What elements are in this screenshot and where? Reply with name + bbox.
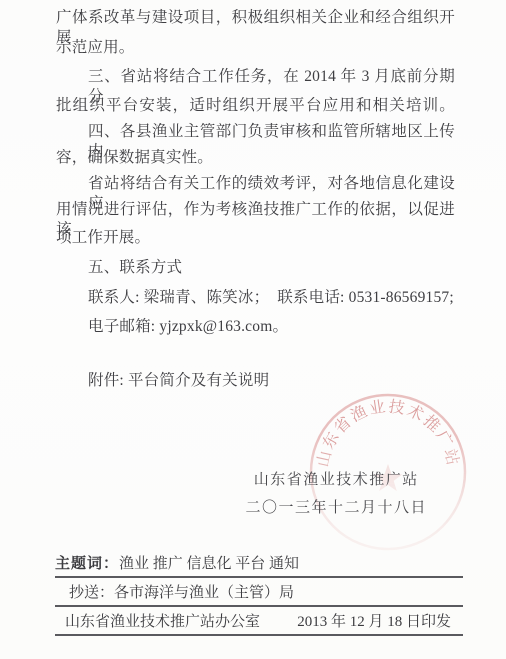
cc-row: 抄送：各市海洋与渔业（主管）局 xyxy=(55,578,463,607)
body-line: 批组织平台安装，适时组织开展平台应用和相关培训。 xyxy=(56,96,455,116)
keywords-label: 主题词： xyxy=(55,556,119,572)
print-date: 2013 年 12 月 18 日印发 xyxy=(297,607,451,634)
signature-date: 二〇一三年十二月十八日 xyxy=(245,494,427,522)
body-line: 项工作开展。 xyxy=(56,228,455,248)
email-line: 电子邮箱: yjzpxk@163.com。 xyxy=(88,317,455,337)
signature-org: 山东省渔业技术推广站 xyxy=(245,466,427,494)
seal-arc-text: 山东省渔业技术推广站 xyxy=(314,397,462,468)
keywords-value: 渔业 推广 信息化 平台 通知 xyxy=(119,556,299,572)
body-line: 示范应用。 xyxy=(56,38,455,58)
scanned-notice-page: 广体系改革与建设项目，积极组织相关企业和经合组织开展 示范应用。 三、省站将结合… xyxy=(0,0,506,659)
document-footer: 主题词：渔业 推广 信息化 平台 通知 抄送：各市海洋与渔业（主管）局 山东省渔… xyxy=(55,553,463,636)
contact-line: 联系人: 梁瑞青、陈笑冰； 联系电话: 0531-86569157; xyxy=(88,288,455,308)
print-row: 山东省渔业技术推广站办公室 2013 年 12 月 18 日印发 xyxy=(55,607,463,636)
signature-block: 山东省渔业技术推广站 二〇一三年十二月十八日 xyxy=(245,466,427,522)
cc-label: 抄送： xyxy=(69,585,114,601)
keywords-row: 主题词：渔业 推广 信息化 平台 通知 xyxy=(55,553,463,578)
cc-value: 各市海洋与渔业（主管）局 xyxy=(114,585,294,601)
body-line: 容，确保数据真实性。 xyxy=(56,148,455,168)
svg-text:山东省渔业技术推广站: 山东省渔业技术推广站 xyxy=(314,397,462,468)
section-heading: 五、联系方式 xyxy=(88,258,455,278)
issuing-office: 山东省渔业技术推广站办公室 xyxy=(65,607,260,634)
